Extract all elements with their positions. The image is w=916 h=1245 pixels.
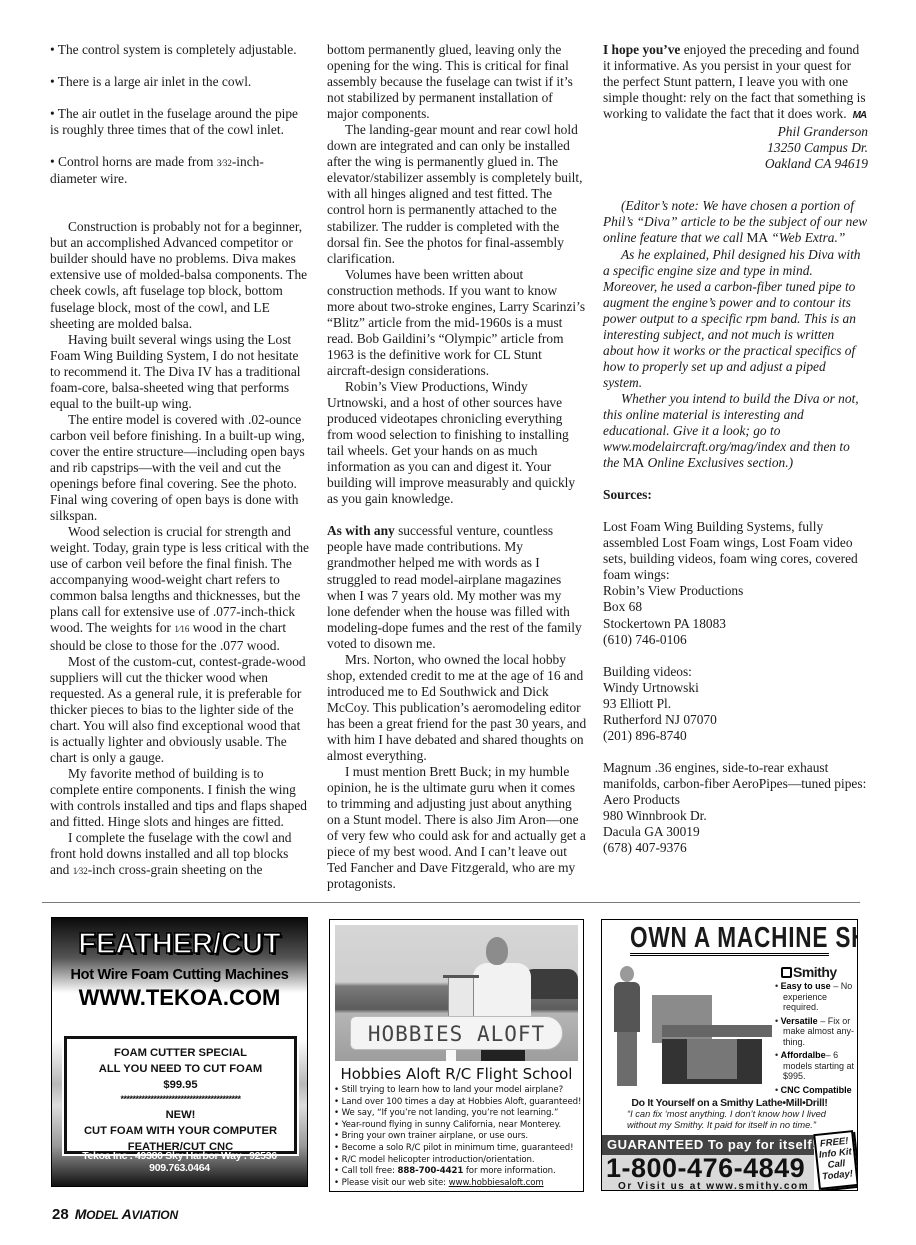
feature-item: • Easy to use – No experience required. bbox=[775, 981, 858, 1013]
section-divider bbox=[42, 902, 860, 903]
paragraph: The entire model is covered with .02-oun… bbox=[50, 412, 310, 524]
page-footer: 28MODEL AVIATION bbox=[52, 1206, 178, 1223]
paragraph: Mrs. Norton, who owned the local hobby s… bbox=[327, 652, 587, 764]
ad-hobbies-aloft[interactable]: HOBBIES ALOFT Hobbies Aloft R/C Flight S… bbox=[329, 919, 584, 1192]
smithy-logo: Smithy bbox=[781, 964, 837, 980]
article-column-1: • The control system is completely adjus… bbox=[50, 42, 310, 879]
smithy-logo-icon bbox=[781, 967, 792, 978]
ad-feathercut[interactable]: FEATHER/CUT Hot Wire Foam Cutting Machin… bbox=[51, 917, 308, 1187]
free-info-kit-badge: FREE! Info Kit Call Today! bbox=[813, 1130, 858, 1190]
feature-item: • CNC Compatible bbox=[775, 1085, 858, 1096]
bullet-item: • The air outlet in the fuselage around … bbox=[50, 106, 310, 138]
testimonial: “I can fix ‘most anything. I don’t know … bbox=[627, 1109, 847, 1130]
person-image bbox=[614, 966, 640, 1086]
article-column-2: bottom permanently glued, leaving only t… bbox=[327, 42, 587, 892]
ad-offer-box: FOAM CUTTER SPECIAL ALL YOU NEED TO CUT … bbox=[64, 1036, 297, 1154]
ad-headline: OWN A MACHINE SHOP bbox=[630, 920, 829, 956]
bullet-item: • Control horns are made from 3⁄32-inch-… bbox=[50, 154, 310, 187]
paragraph: The landing-gear mount and rear cowl hol… bbox=[327, 122, 587, 266]
section-paragraph: As with any successful venture, countles… bbox=[327, 523, 587, 651]
ma-end-mark-icon: MA bbox=[853, 110, 867, 121]
ad-url-link[interactable]: WWW.TEKOA.COM bbox=[52, 985, 307, 1011]
editor-note: (Editor’s note: We have chosen a portion… bbox=[603, 198, 868, 246]
paragraph: bottom permanently glued, leaving only t… bbox=[327, 42, 587, 122]
editor-note: As he explained, Phil designed his Diva … bbox=[603, 247, 868, 391]
feature-item: • Affordalbe– 6 models starting at $995. bbox=[775, 1050, 858, 1082]
ad-tagline: Do It Yourself on a Smithy Lathe•Mill•Dr… bbox=[602, 1097, 857, 1109]
editor-note: Whether you intend to build the Diva or … bbox=[603, 391, 868, 471]
author-name: Phil Granderson bbox=[603, 124, 868, 140]
run-in-head: As with any bbox=[327, 523, 395, 538]
feature-list: • Easy to use – No experience required. … bbox=[775, 981, 858, 1098]
sources-heading: Sources: bbox=[603, 487, 868, 503]
magazine-name: MODEL AVIATION bbox=[75, 1208, 178, 1222]
ad-smithy[interactable]: OWN A MACHINE SHOP Smithy • Easy to use … bbox=[601, 919, 858, 1191]
airplane-icon bbox=[448, 977, 474, 1017]
phone-number: 888-700-4421 bbox=[398, 1166, 464, 1176]
hobbies-aloft-sign: HOBBIES ALOFT bbox=[350, 1016, 563, 1050]
paragraph: Wood selection is crucial for strength a… bbox=[50, 524, 310, 653]
ad-photo: HOBBIES ALOFT bbox=[335, 925, 578, 1061]
paragraph: I complete the fuselage with the cowl an… bbox=[50, 830, 310, 879]
fraction: 1⁄16 bbox=[174, 624, 189, 634]
paragraph: Robin’s View Productions, Windy Urtnowsk… bbox=[327, 379, 587, 507]
phone-number: 1-800-476-4849 bbox=[606, 1155, 805, 1182]
article-column-3: I hope you’ve enjoyed the preceding and … bbox=[603, 42, 868, 856]
closing-paragraph: I hope you’ve enjoyed the preceding and … bbox=[603, 42, 868, 124]
ad-title: FEATHER/CUT bbox=[52, 928, 307, 961]
ad-bullet-list: Still trying to learn how to land your m… bbox=[334, 1085, 581, 1189]
fraction: 3⁄32 bbox=[217, 158, 232, 168]
ad-contact: Tekoa Inc . 49380 Sky Harbor Way . 92536… bbox=[52, 1150, 307, 1174]
propeller-icon bbox=[443, 975, 479, 978]
person-head-shape bbox=[486, 937, 508, 965]
source-entry: Magnum .36 engines, side-to-rear exhaust… bbox=[603, 760, 868, 856]
fraction: 1⁄32 bbox=[73, 866, 88, 876]
author-street: 13250 Campus Dr. bbox=[603, 140, 868, 156]
author-city: Oakland CA 94619 bbox=[603, 156, 868, 172]
website-link[interactable]: www.hobbiesaloft.com bbox=[449, 1178, 544, 1188]
price: $99.95 bbox=[67, 1077, 294, 1093]
run-in-head: I hope you’ve bbox=[603, 42, 680, 57]
machine-tool-image bbox=[652, 995, 767, 1089]
star-divider: **************************************** bbox=[67, 1095, 294, 1104]
paragraph: Construction is probably not for a begin… bbox=[50, 219, 310, 331]
source-entry: Building videos: Windy Urtnowski 93 Elli… bbox=[603, 664, 868, 744]
website-link[interactable]: Or Visit us at www.smithy.com bbox=[618, 1181, 809, 1191]
paragraph: I must mention Brett Buck; in my humble … bbox=[327, 764, 587, 892]
bullet-item: • The control system is completely adjus… bbox=[50, 42, 310, 58]
guarantee-banner: GUARANTEED To pay for itself! bbox=[602, 1135, 814, 1155]
feature-item: • Versatile – Fix or make almost any-thi… bbox=[775, 1016, 858, 1048]
paragraph: Volumes have been written about construc… bbox=[327, 267, 587, 379]
paragraph: My favorite method of building is to com… bbox=[50, 766, 310, 830]
bullet-item: • There is a large air inlet in the cowl… bbox=[50, 74, 310, 90]
source-entry: Lost Foam Wing Building Systems, fully a… bbox=[603, 519, 868, 647]
ad-subtitle: Hot Wire Foam Cutting Machines bbox=[52, 967, 307, 983]
page-number: 28 bbox=[52, 1206, 69, 1223]
paragraph: Having built several wings using the Los… bbox=[50, 332, 310, 412]
paragraph: Most of the custom-cut, contest-grade-wo… bbox=[50, 654, 310, 766]
ad-headline: Hobbies Aloft R/C Flight School bbox=[330, 1065, 583, 1083]
